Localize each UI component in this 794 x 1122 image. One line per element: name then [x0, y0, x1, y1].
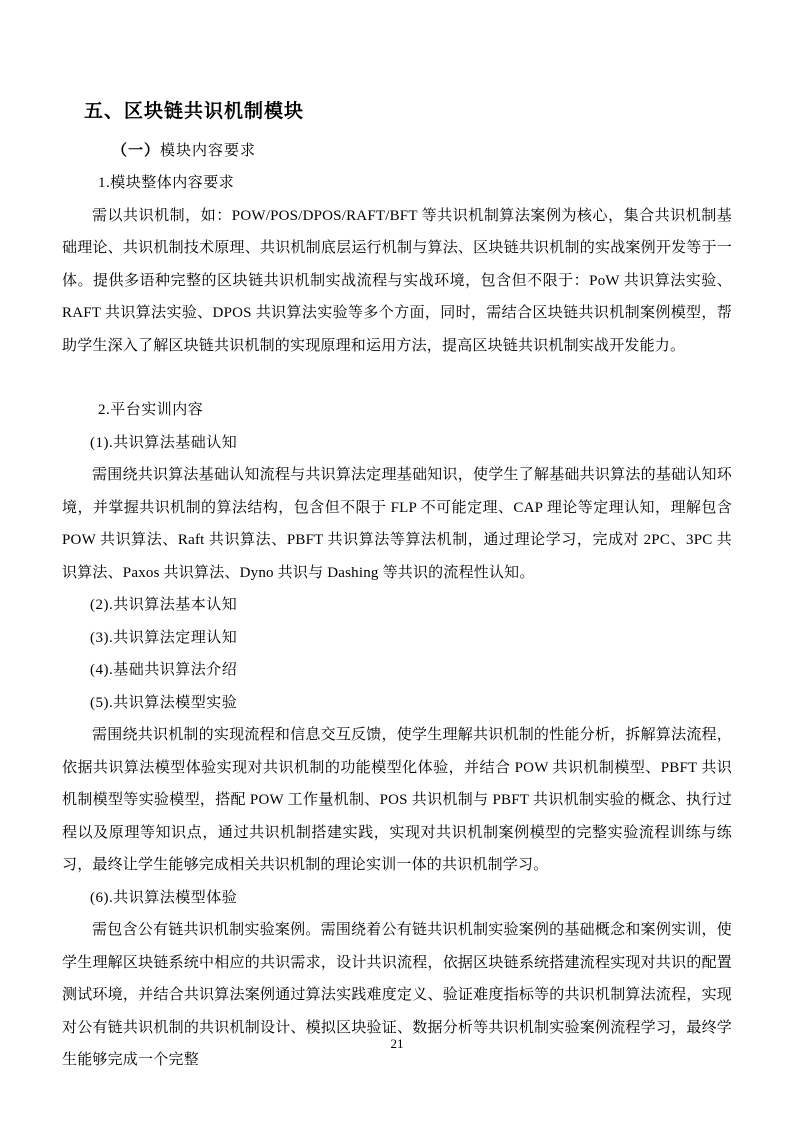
list-item-1-label: (1).共识算法基础认知 [90, 427, 732, 460]
list-item-4-label: (4).基础共识算法介绍 [90, 654, 732, 687]
clause-2-title: 2.平台实训内容 [98, 394, 732, 427]
list-item-5-label: (5).共识算法模型实验 [90, 687, 732, 720]
clause-1-title: 1.模块整体内容要求 [98, 167, 732, 200]
list-item-2-label: (2).共识算法基本认知 [90, 589, 732, 622]
list-item-1-paragraph: 需围绕共识算法基础认知流程与共识算法定理基础知识，使学生了解基础共识算法的基础认… [62, 459, 732, 589]
section-title: 模块内容要求 [160, 143, 256, 159]
list-item-6-label: (6).共识算法模型体验 [90, 882, 732, 915]
document-page: 五、区块链共识机制模块 （一）模块内容要求 1.模块整体内容要求 需以共识机制，… [0, 0, 794, 1122]
chapter-heading: 五、区块链共识机制模块 [84, 98, 732, 124]
clause-1-paragraph: 需以共识机制，如：POW/POS/DPOS/RAFT/BFT 等共识机制算法案例… [62, 200, 732, 363]
page-number: 21 [0, 1036, 794, 1052]
list-item-5-paragraph: 需围绕共识机制的实现流程和信息交互反馈，使学生理解共识机制的性能分析，拆解算法流… [62, 719, 732, 882]
list-item-3-label: (3).共识算法定理认知 [90, 622, 732, 655]
section-number: （一） [112, 141, 160, 159]
section-heading: （一）模块内容要求 [112, 134, 732, 167]
list-item-6-paragraph: 需包含公有链共识机制实验案例。需围绕着公有链共识机制实验案例的基础概念和案例实训… [62, 914, 732, 1077]
